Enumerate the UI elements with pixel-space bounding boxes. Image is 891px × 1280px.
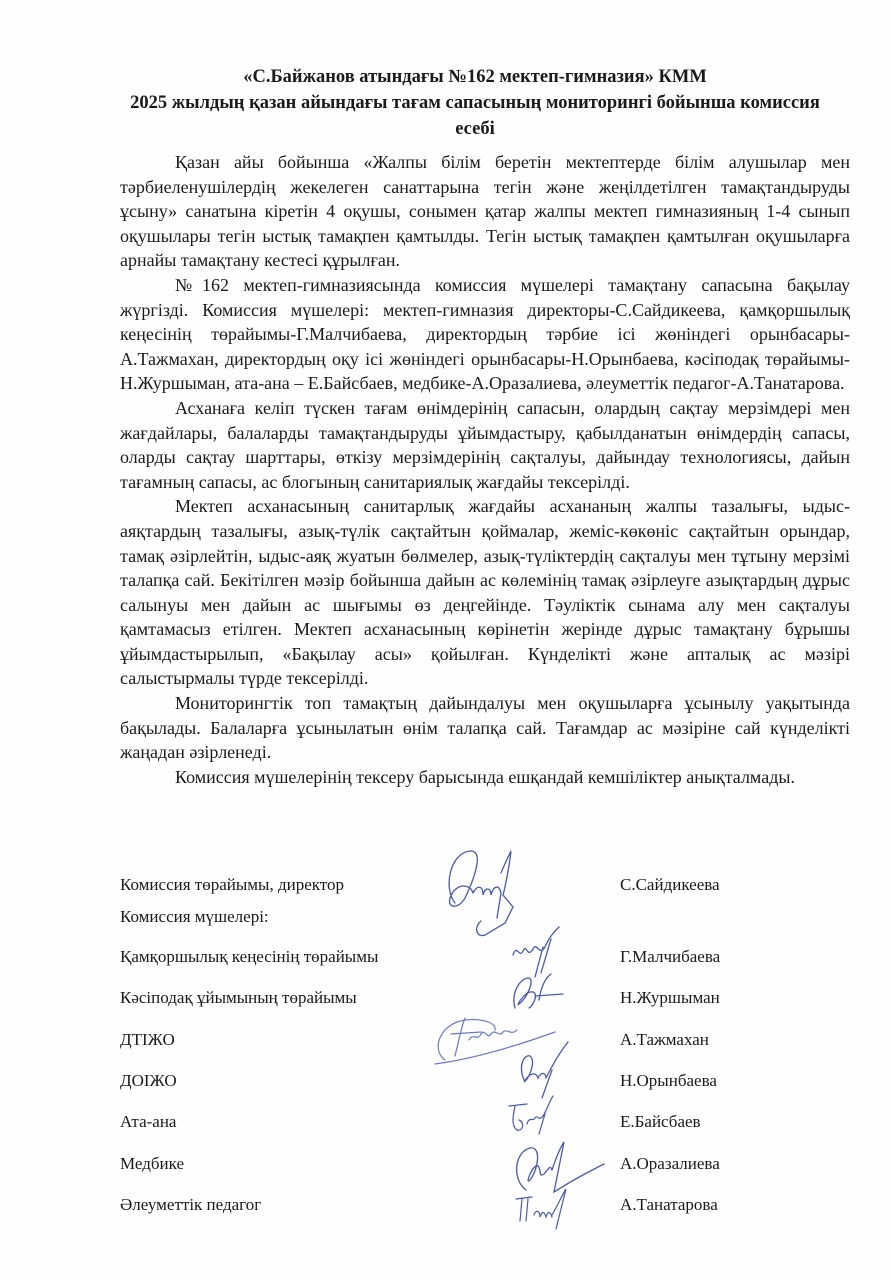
paragraph-1: Қазан айы бойынша «Жалпы білім беретін м… bbox=[120, 150, 850, 273]
signature-row-member: ДОІЖО Н.Орынбаева bbox=[120, 1068, 860, 1094]
signature-role: Кәсіподақ ұйымының төрайымы bbox=[120, 985, 357, 1011]
header-subtitle: есебі bbox=[110, 116, 840, 142]
header-organization: «С.Байжанов атындағы №162 мектеп-гимнази… bbox=[110, 64, 840, 90]
signature-role: Комиссия төрайымы, директор bbox=[120, 872, 344, 898]
signature-name: Е.Байсбаев bbox=[620, 1109, 701, 1135]
signature-name: Н.Орынбаева bbox=[620, 1068, 717, 1094]
paragraph-6: Комиссия мүшелерінің тексеру барысында е… bbox=[120, 765, 850, 790]
paragraph-2: №162 мектеп-гимназиясында комиссия мүшел… bbox=[120, 273, 850, 396]
paragraph-4: Мектеп асханасының санитарлық жағдайы ас… bbox=[120, 494, 850, 691]
handwritten-signature-social-pedagogue bbox=[512, 1185, 572, 1230]
signature-row-member: Ата-ана Е.Байсбаев bbox=[120, 1109, 860, 1135]
handwritten-signature-chair bbox=[425, 843, 535, 938]
signature-role: ДТІЖО bbox=[120, 1027, 175, 1053]
signature-role: ДОІЖО bbox=[120, 1068, 177, 1094]
signature-name: А.Оразалиева bbox=[620, 1151, 720, 1177]
signature-row-member: Әлеуметтік педагог А.Танатарова bbox=[120, 1192, 860, 1218]
signature-row-member: Медбике А.Оразалиева bbox=[120, 1151, 860, 1177]
signature-row-member: Кәсіподақ ұйымының төрайымы Н.Журшыман bbox=[120, 985, 860, 1011]
signature-name: Н.Журшыман bbox=[620, 985, 720, 1011]
document-header: «С.Байжанов атындағы №162 мектеп-гимнази… bbox=[110, 64, 840, 142]
report-body: Қазан айы бойынша «Жалпы білім беретін м… bbox=[120, 150, 850, 789]
paragraph-5: Мониторингтік топ тамақтың дайындалуы ме… bbox=[120, 691, 850, 765]
header-title: 2025 жылдың қазан айындағы тағам сапасын… bbox=[110, 90, 840, 116]
signature-role: Ата-ана bbox=[120, 1109, 176, 1135]
handwritten-signature-parent bbox=[505, 1092, 560, 1137]
members-label: Комиссия мүшелері: bbox=[120, 904, 269, 930]
signature-name: А.Тажмахан bbox=[620, 1027, 709, 1053]
signature-role: Медбике bbox=[120, 1151, 184, 1177]
signature-name: Г.Малчибаева bbox=[620, 944, 720, 970]
handwritten-signature-trade-union bbox=[505, 970, 565, 1015]
paragraph-3: Асханаға келіп түскен тағам өнімдерінің … bbox=[120, 396, 850, 494]
handwritten-signature-deputy-academic bbox=[512, 1040, 572, 1100]
signature-name: А.Танатарова bbox=[620, 1192, 718, 1218]
signature-role: Қамқоршылық кеңесінің төрайымы bbox=[120, 944, 378, 970]
signature-role: Әлеуметтік педагог bbox=[120, 1192, 261, 1218]
signature-name: С.Сайдикеева bbox=[620, 872, 720, 898]
document-page: «С.Байжанов атындағы №162 мектеп-гимнази… bbox=[0, 0, 891, 1280]
signature-row-member: Қамқоршылық кеңесінің төрайымы Г.Малчиба… bbox=[120, 944, 860, 970]
